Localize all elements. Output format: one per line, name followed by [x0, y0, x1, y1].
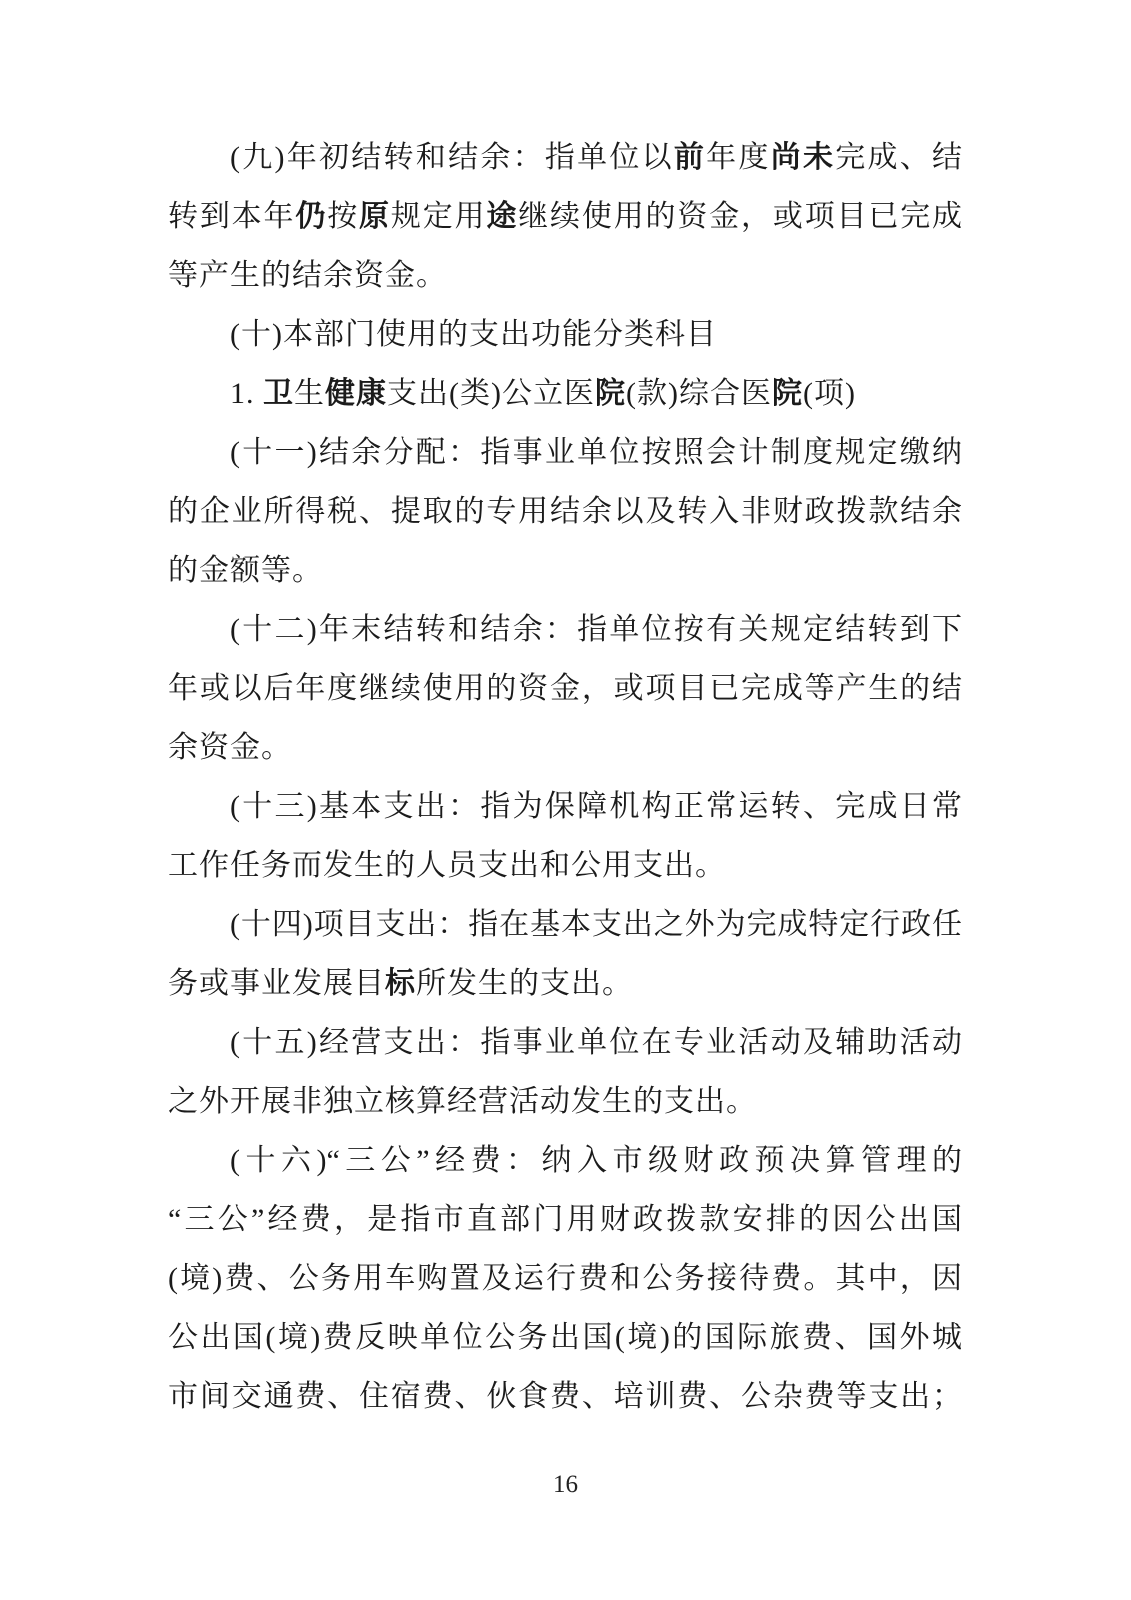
text-run: (十一)结余分配：指事业单位按照会计制度规定缴纳: [230, 436, 962, 469]
text-run: 转到本年: [168, 200, 295, 233]
text-run: 公出国(境)费反映单位公务出国(境)的国际旅费、国外城: [168, 1321, 962, 1354]
text-line: (十)本部门使用的支出功能分类科目: [168, 305, 962, 364]
text-run: (款)综合医: [626, 377, 772, 410]
text-run: “三公”经费，是指市直部门用财政拨款安排的因公出国: [168, 1203, 962, 1236]
text-line: 之外开展非独立核算经营活动发生的支出。: [168, 1072, 962, 1131]
text-line: (十四)项目支出：指在基本支出之外为完成特定行政任: [168, 895, 962, 954]
text-line: (境)费、公务用车购置及运行费和公务接待费。其中，因: [168, 1249, 962, 1308]
text-line: (十六)“三公”经费：纳入市级财政预决算管理的: [168, 1131, 962, 1190]
document-page: (九)年初结转和结余：指单位以前年度尚未完成、结转到本年仍按原规定用途继续使用的…: [0, 0, 1131, 1600]
text-run-bold: 尚未: [771, 141, 836, 174]
text-run: 所发生的支出。: [416, 967, 633, 1000]
text-run: 的企业所得税、提取的专用结余以及转入非财政拨款结余: [168, 495, 962, 528]
text-run: (十三)基本支出：指为保障机构正常运转、完成日常: [230, 790, 962, 823]
text-run: (十五)经营支出：指事业单位在专业活动及辅助活动: [230, 1026, 962, 1059]
text-line: 余资金。: [168, 718, 962, 777]
text-line: 等产生的结余资金。: [168, 246, 962, 305]
text-run: 余资金。: [168, 731, 292, 764]
text-run: 继续使用的资金，或项目已完成: [518, 200, 962, 233]
text-run-bold: 健康: [325, 377, 387, 410]
text-run: 的金额等。: [168, 554, 323, 587]
text-run-bold: 仍: [295, 200, 327, 233]
text-run-bold: 院: [772, 377, 803, 410]
text-run: 等产生的结余资金。: [168, 259, 447, 292]
text-line: 公出国(境)费反映单位公务出国(境)的国际旅费、国外城: [168, 1308, 962, 1367]
text-line: (十二)年末结转和结余：指单位按有关规定结转到下: [168, 600, 962, 659]
text-run: 年或以后年度继续使用的资金，或项目已完成等产生的结: [168, 672, 962, 705]
text-line: “三公”经费，是指市直部门用财政拨款安排的因公出国: [168, 1190, 962, 1249]
text-run: 之外开展非独立核算经营活动发生的支出。: [168, 1085, 757, 1118]
text-run: 1.: [230, 377, 263, 410]
text-run: 规定用: [391, 200, 487, 233]
text-line: (十三)基本支出：指为保障机构正常运转、完成日常: [168, 777, 962, 836]
text-run: (项): [803, 377, 856, 410]
text-line: 务或事业发展目标所发生的支出。: [168, 954, 962, 1013]
text-run-bold: 前: [674, 141, 706, 174]
text-line: 年或以后年度继续使用的资金，或项目已完成等产生的结: [168, 659, 962, 718]
text-run: 支出(类)公立医: [387, 377, 595, 410]
text-run: (十六)“三公”经费：纳入市级财政预决算管理的: [230, 1144, 962, 1177]
text-line: 1. 卫生健康支出(类)公立医院(款)综合医院(项): [168, 364, 962, 423]
text-run: 工作任务而发生的人员支出和公用支出。: [168, 849, 726, 882]
text-run-bold: 途: [486, 200, 518, 233]
text-run: 完成、结: [835, 141, 962, 174]
text-line: (十五)经营支出：指事业单位在专业活动及辅助活动: [168, 1013, 962, 1072]
text-line: 转到本年仍按原规定用途继续使用的资金，或项目已完成: [168, 187, 962, 246]
text-line: 的企业所得税、提取的专用结余以及转入非财政拨款结余: [168, 482, 962, 541]
text-run: (十)本部门使用的支出功能分类科目: [230, 318, 717, 351]
text-run: 市间交通费、住宿费、伙食费、培训费、公杂费等支出；: [168, 1380, 962, 1413]
text-run: 生: [294, 377, 325, 410]
text-run: (境)费、公务用车购置及运行费和公务接待费。其中，因: [168, 1262, 962, 1295]
text-run: 年度: [706, 141, 771, 174]
text-run: (九)年初结转和结余：指单位以: [230, 141, 674, 174]
text-line: 市间交通费、住宿费、伙食费、培训费、公杂费等支出；: [168, 1367, 962, 1426]
page-number: 16: [0, 1470, 1131, 1500]
text-block: (九)年初结转和结余：指单位以前年度尚未完成、结转到本年仍按原规定用途继续使用的…: [168, 128, 962, 1426]
text-run: 按: [327, 200, 359, 233]
text-run-bold: 标: [385, 967, 416, 1000]
text-run: 务或事业发展目: [168, 967, 385, 1000]
text-line: 的金额等。: [168, 541, 962, 600]
text-line: (九)年初结转和结余：指单位以前年度尚未完成、结: [168, 128, 962, 187]
text-run: (十二)年末结转和结余：指单位按有关规定结转到下: [230, 613, 962, 646]
text-line: 工作任务而发生的人员支出和公用支出。: [168, 836, 962, 895]
text-run: (十四)项目支出：指在基本支出之外为完成特定行政任: [230, 908, 962, 941]
text-run-bold: 卫: [263, 377, 294, 410]
text-run-bold: 原: [359, 200, 391, 233]
text-line: (十一)结余分配：指事业单位按照会计制度规定缴纳: [168, 423, 962, 482]
text-run-bold: 院: [595, 377, 626, 410]
